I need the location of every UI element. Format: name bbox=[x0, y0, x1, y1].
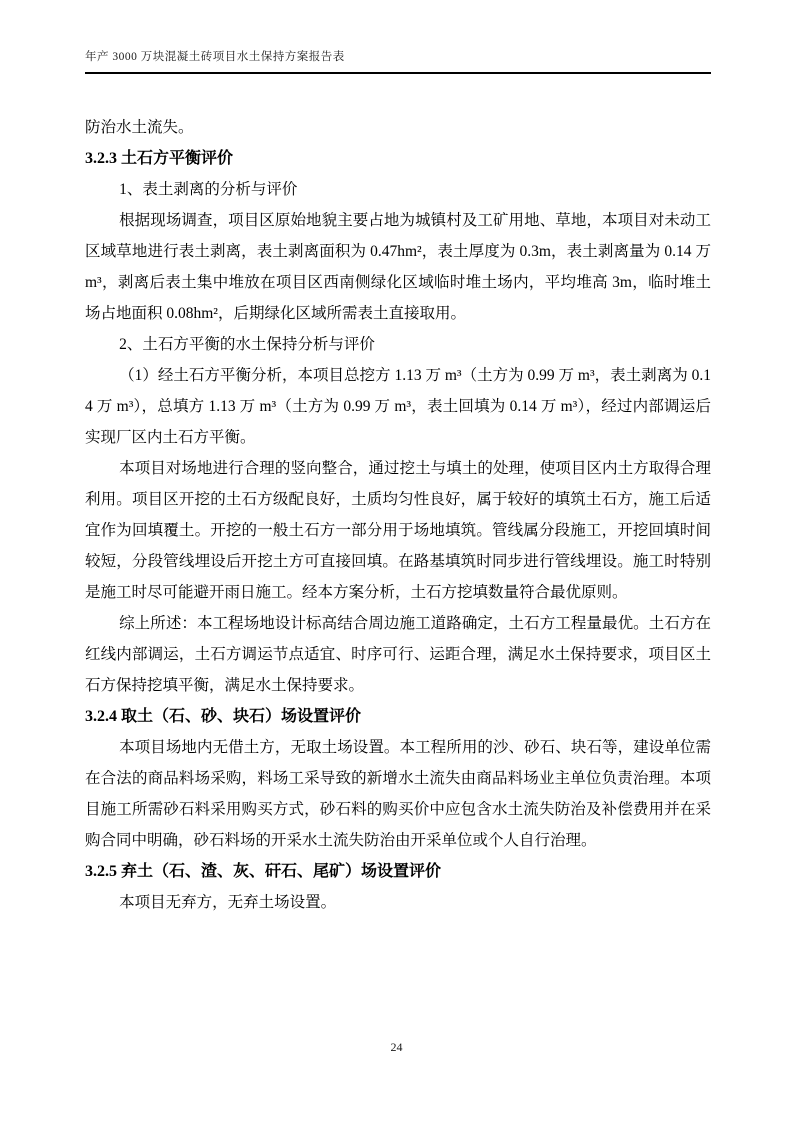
section-heading-324: 3.2.4 取土（石、砂、块石）场设置评价 bbox=[85, 701, 711, 732]
paragraph: 本项目对场地进行合理的竖向整合，通过挖土与填土的处理，使项目区内土方取得合理利用… bbox=[85, 453, 711, 608]
paragraph: （1）经土石方平衡分析，本项目总挖方 1.13 万 m³（土方为 0.99 万 … bbox=[85, 360, 711, 453]
section-heading-323: 3.2.3 土石方平衡评价 bbox=[85, 143, 711, 174]
paragraph: 根据现场调查，项目区原始地貌主要占地为城镇村及工矿用地、草地，本项目对未动工区域… bbox=[85, 205, 711, 329]
paragraph: 2、土石方平衡的水土保持分析与评价 bbox=[85, 329, 711, 360]
document-body: 防治水土流失。 3.2.3 土石方平衡评价 1、表土剥离的分析与评价 根据现场调… bbox=[85, 112, 711, 918]
document-page: 年产 3000 万块混凝土砖项目水土保持方案报告表 防治水土流失。 3.2.3 … bbox=[0, 0, 793, 1122]
paragraph: 防治水土流失。 bbox=[85, 112, 711, 143]
page-number: 24 bbox=[391, 1040, 403, 1054]
page-header: 年产 3000 万块混凝土砖项目水土保持方案报告表 bbox=[85, 50, 711, 74]
paragraph: 1、表土剥离的分析与评价 bbox=[85, 174, 711, 205]
paragraph: 本项目无弃方，无弃土场设置。 bbox=[85, 887, 711, 918]
section-heading-325: 3.2.5 弃土（石、渣、灰、矸石、尾矿）场设置评价 bbox=[85, 856, 711, 887]
paragraph: 本项目场地内无借土方，无取土场设置。本工程所用的沙、砂石、块石等，建设单位需在合… bbox=[85, 732, 711, 856]
header-title: 年产 3000 万块混凝土砖项目水土保持方案报告表 bbox=[85, 50, 711, 65]
page-footer: 24 bbox=[0, 1038, 793, 1056]
paragraph: 综上所述：本工程场地设计标高结合周边施工道路确定，土石方工程量最优。土石方在红线… bbox=[85, 608, 711, 701]
